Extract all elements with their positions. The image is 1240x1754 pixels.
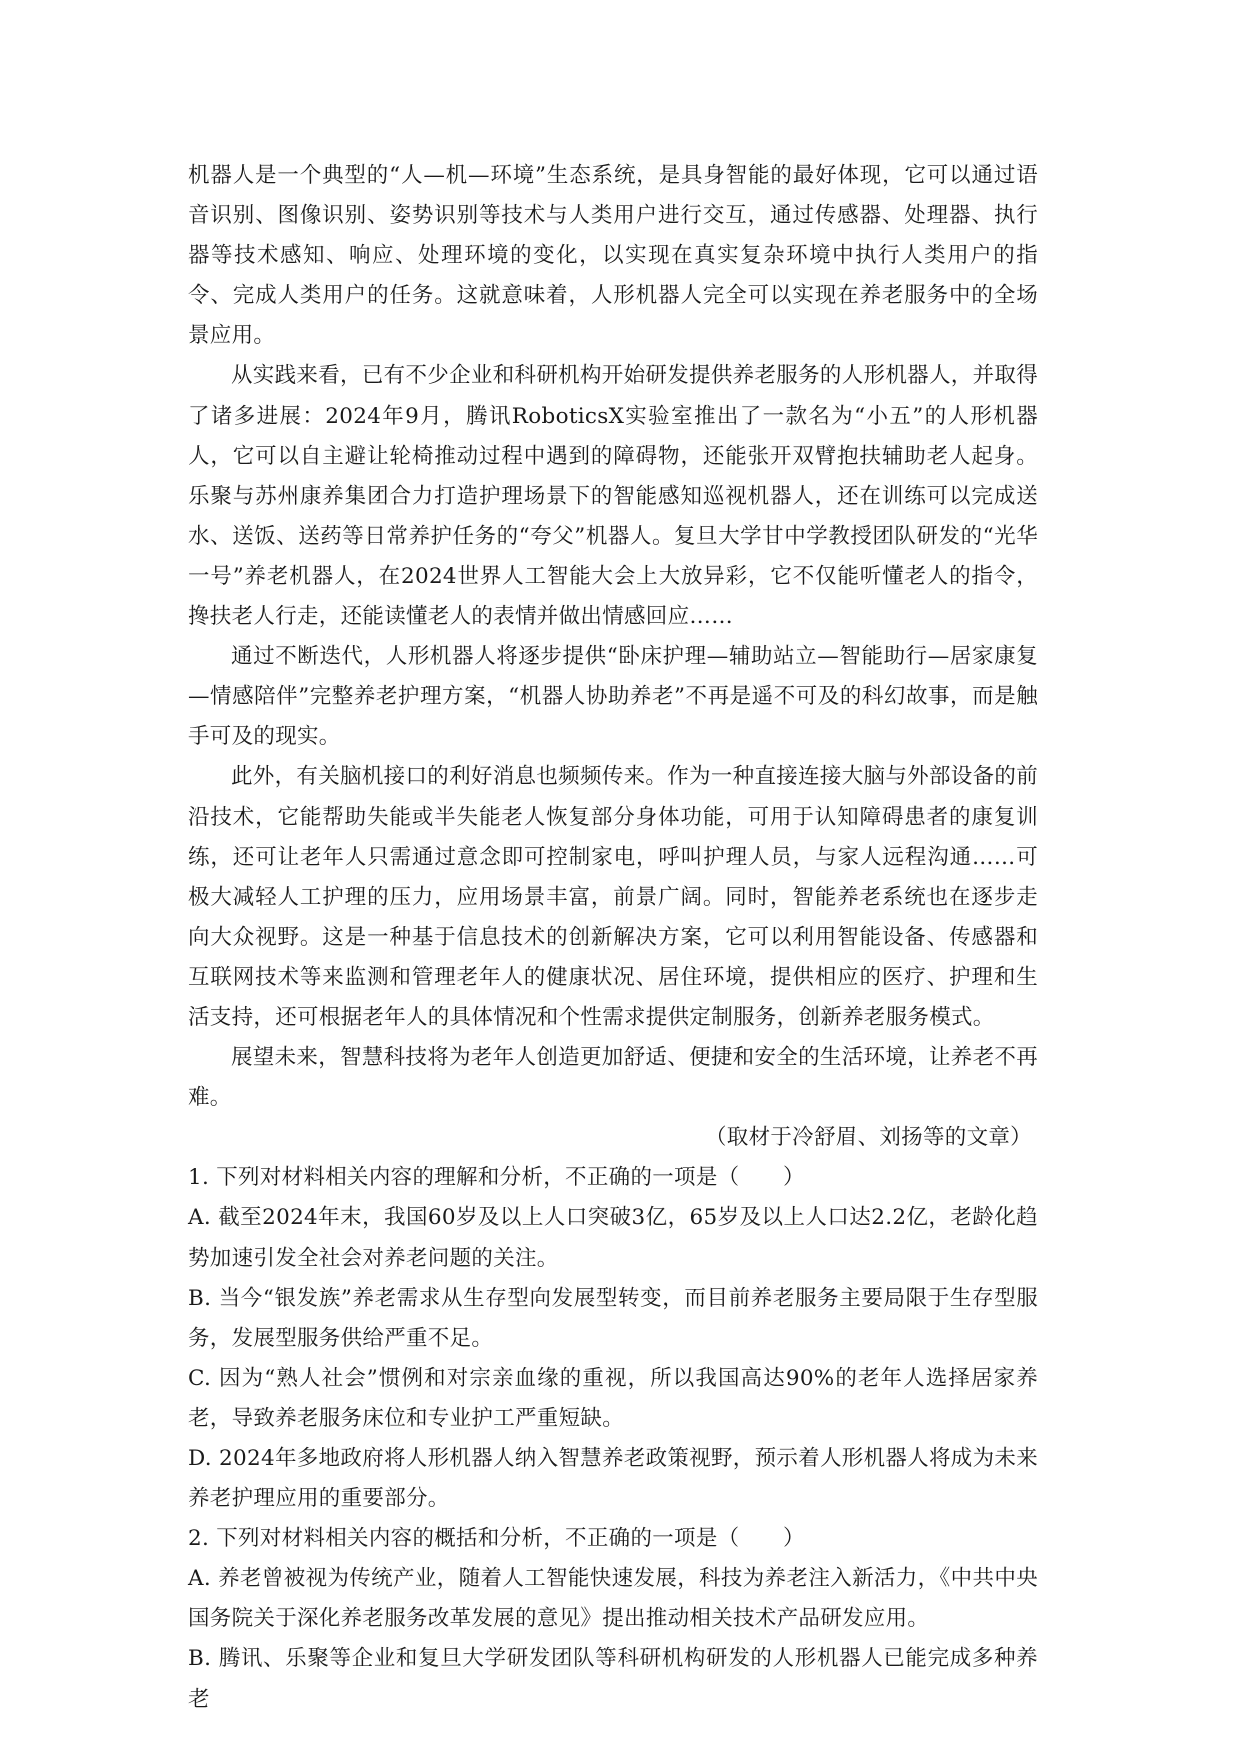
paragraph-1: 机器人是一个典型的“人—机—环境”生态系统，是具身智能的最好体现，它可以通过语音… [188,156,1038,356]
question-2-stem: 2. 下列对材料相关内容的概括和分析，不正确的一项是（ ） [188,1519,1038,1559]
question-1-option-d: D. 2024年多地政府将人形机器人纳入智慧养老政策视野，预示着人形机器人将成为… [188,1439,1038,1519]
question-2: 2. 下列对材料相关内容的概括和分析，不正确的一项是（ ） A. 养老曾被视为传… [188,1519,1038,1719]
source-citation: （取材于冷舒眉、刘扬等的文章） [188,1118,1038,1158]
question-1-stem: 1. 下列对材料相关内容的理解和分析，不正确的一项是（ ） [188,1158,1038,1198]
question-1-option-b: B. 当今“银发族”养老需求从生存型向发展型转变，而目前养老服务主要局限于生存型… [188,1279,1038,1359]
question-2-option-a: A. 养老曾被视为传统产业，随着人工智能快速发展，科技为养老注入新活力，《中共中… [188,1559,1038,1639]
question-1-option-a: A. 截至2024年末，我国60岁及以上人口突破3亿，65岁及以上人口达2.2亿… [188,1198,1038,1278]
paragraph-4: 此外，有关脑机接口的利好消息也频频传来。作为一种直接连接大脑与外部设备的前沿技术… [188,757,1038,1038]
document-page: 机器人是一个典型的“人—机—环境”生态系统，是具身智能的最好体现，它可以通过语音… [188,156,1038,1720]
question-2-option-b: B. 腾讯、乐聚等企业和复旦大学研发团队等科研机构研发的人形机器人已能完成多种养… [188,1639,1038,1719]
paragraph-5: 展望未来，智慧科技将为老年人创造更加舒适、便捷和安全的生活环境，让养老不再难。 [188,1038,1038,1118]
paragraph-3: 通过不断迭代，人形机器人将逐步提供“卧床护理—辅助站立—智能助行—居家康复—情感… [188,637,1038,757]
question-1-option-c: C. 因为“熟人社会”惯例和对宗亲血缘的重视，所以我国高达90%的老年人选择居家… [188,1359,1038,1439]
question-1: 1. 下列对材料相关内容的理解和分析，不正确的一项是（ ） A. 截至2024年… [188,1158,1038,1519]
paragraph-2: 从实践来看，已有不少企业和科研机构开始研发提供养老服务的人形机器人，并取得了诸多… [188,356,1038,637]
